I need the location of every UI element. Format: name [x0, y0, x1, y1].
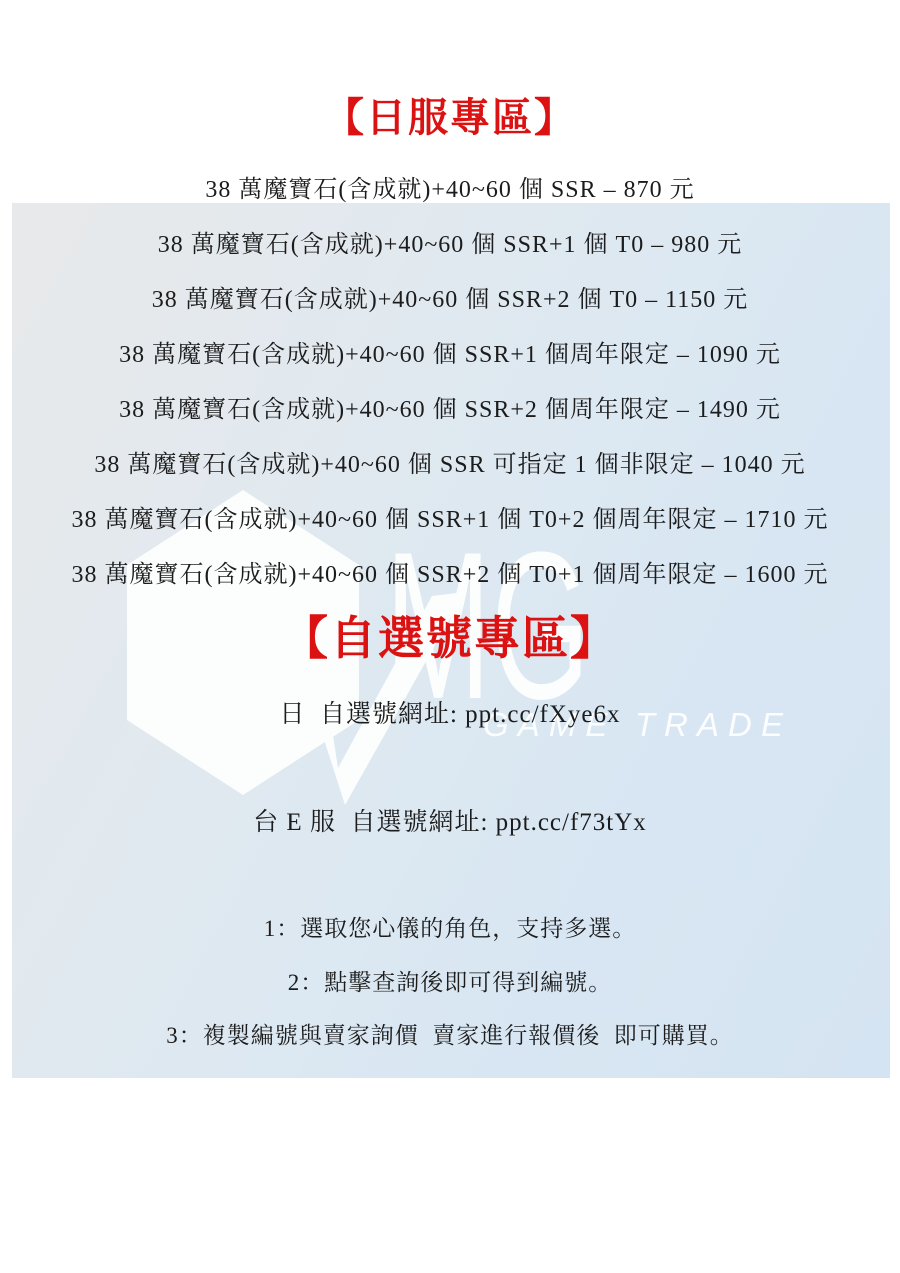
custom-pick-section-title: 【自選號專區】 [0, 608, 900, 670]
price-list-flyer: MG GAME TRADE 【日服專區】 38 萬魔寶石(含成就)+40~60 … [0, 0, 900, 1273]
price-item-7: 38 萬魔寶石(含成就)+40~60 個 SSR+1 個 T0+2 個周年限定 … [0, 503, 900, 537]
instruction-step-3: 3：複製編號與賣家詢價 賣家進行報價後 即可購買。 [0, 1019, 900, 1053]
price-item-5: 38 萬魔寶石(含成就)+40~60 個 SSR+2 個周年限定 – 1490 … [0, 393, 900, 427]
price-item-4: 38 萬魔寶石(含成就)+40~60 個 SSR+1 個周年限定 – 1090 … [0, 338, 900, 372]
jp-server-section-title: 【日服專區】 [0, 90, 900, 146]
price-item-6: 38 萬魔寶石(含成就)+40~60 個 SSR 可指定 1 個非限定 – 10… [0, 448, 900, 482]
price-item-1: 38 萬魔寶石(含成就)+40~60 個 SSR – 870 元 [0, 173, 900, 207]
price-item-8: 38 萬魔寶石(含成就)+40~60 個 SSR+2 個 T0+1 個周年限定 … [0, 558, 900, 592]
custom-pick-url-jp: 日 自選號網址: ppt.cc/fXye6x [0, 698, 900, 732]
instruction-step-1: 1：選取您心儀的角色，支持多選。 [0, 912, 900, 946]
price-item-2: 38 萬魔寶石(含成就)+40~60 個 SSR+1 個 T0 – 980 元 [0, 228, 900, 262]
custom-pick-url-tw-e: 台 E 服 自選號網址: ppt.cc/f73tYx [0, 806, 900, 840]
price-item-3: 38 萬魔寶石(含成就)+40~60 個 SSR+2 個 T0 – 1150 元 [0, 283, 900, 317]
instruction-step-2: 2：點擊查詢後即可得到編號。 [0, 966, 900, 1000]
